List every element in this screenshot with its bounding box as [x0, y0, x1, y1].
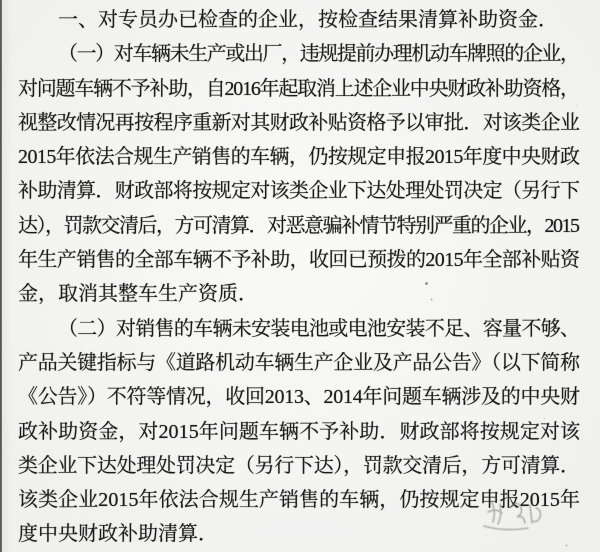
text-line-content: 视整改情况再按程序重新对其财政补贴资格予以审批．对该类企业: [18, 106, 579, 140]
text-line: 达），罚款交清后，方可清算．对恶意骗补情节特别严重的企业，2015: [18, 209, 580, 243]
text-line-content: 金，取消其整车生产资质．: [18, 277, 258, 311]
ink-smudge-artifact: [478, 496, 558, 536]
text-line-content: 类企业下达处理处罚决定（另行下达），罚款交清后，方可清算．: [18, 449, 580, 483]
text-line: 补助清算．财政部将按规定对该类企业下达处理处罚决定（另行下: [18, 174, 580, 208]
text-line: 2015年依法合规生产销售的车辆，仍按规定申报2015年度中央财政: [18, 140, 580, 174]
text-line: 《公告》）不符等情况，收回2013、2014年问题车辆涉及的中央财: [18, 380, 580, 414]
text-line-content: 补助清算．财政部将按规定对该类企业下达处理处罚决定（另行下: [18, 174, 579, 208]
text-line: 金，取消其整车生产资质．: [18, 277, 580, 311]
text-line-content: （二）对销售的车辆未安装电池或电池安装不足、容量不够、: [58, 312, 579, 346]
text-line: （一）对车辆未生产或出厂，违规提前办理机动车牌照的企业，: [18, 37, 580, 71]
text-line-content: 《公告》）不符等情况，收回2013、2014年问题车辆涉及的中央财: [18, 380, 580, 414]
text-line-content: 政补助资金，对2015年问题车辆不予补助．财政部将按规定对该: [18, 415, 580, 449]
scan-noise-speck: [425, 282, 428, 285]
text-line: 类企业下达处理处罚决定（另行下达），罚款交清后，方可清算．: [18, 449, 580, 483]
text-line: 一、对专员办已检查的企业，按检查结果清算补助资金．: [18, 3, 580, 37]
text-line-content: 产品关键指标与《道路机动车辆生产企业及产品公告》（以下简称: [18, 346, 580, 380]
text-line-content: 年生产销售的全部车辆不予补助，收回已预拨的2015年全部补贴资: [18, 243, 579, 277]
text-line: 视整改情况再按程序重新对其财政补贴资格予以审批．对该类企业: [18, 106, 580, 140]
text-line-content: 达），罚款交清后，方可清算．对恶意骗补情节特别严重的企业，2015: [18, 209, 579, 243]
scan-edge-artifact: [0, 0, 2, 552]
text-line-content: 对问题车辆不予补助，自2016年起取消上述企业中央财政补助资格，: [18, 72, 579, 106]
text-line-content: 2015年依法合规生产销售的车辆，仍按规定申报2015年度中央财政: [18, 140, 579, 174]
text-line: 年生产销售的全部车辆不予补助，收回已预拨的2015年全部补贴资: [18, 243, 580, 277]
document-page: 一、对专员办已检查的企业，按检查结果清算补助资金．（一）对车辆未生产或出厂，违规…: [0, 0, 600, 552]
text-line: （二）对销售的车辆未安装电池或电池安装不足、容量不够、: [18, 312, 580, 346]
text-line: 政补助资金，对2015年问题车辆不予补助．财政部将按规定对该: [18, 415, 580, 449]
text-line-content: （一）对车辆未生产或出厂，违规提前办理机动车牌照的企业，: [58, 37, 579, 71]
text-line-content: 一、对专员办已检查的企业，按检查结果清算补助资金．: [58, 3, 558, 37]
text-line: 产品关键指标与《道路机动车辆生产企业及产品公告》（以下简称: [18, 346, 580, 380]
document-text-column: 一、对专员办已检查的企业，按检查结果清算补助资金．（一）对车辆未生产或出厂，违规…: [18, 3, 580, 552]
text-line: 对问题车辆不予补助，自2016年起取消上述企业中央财政补助资格，: [18, 72, 580, 106]
text-line-content: 度中央财政补助清算．: [18, 517, 218, 551]
